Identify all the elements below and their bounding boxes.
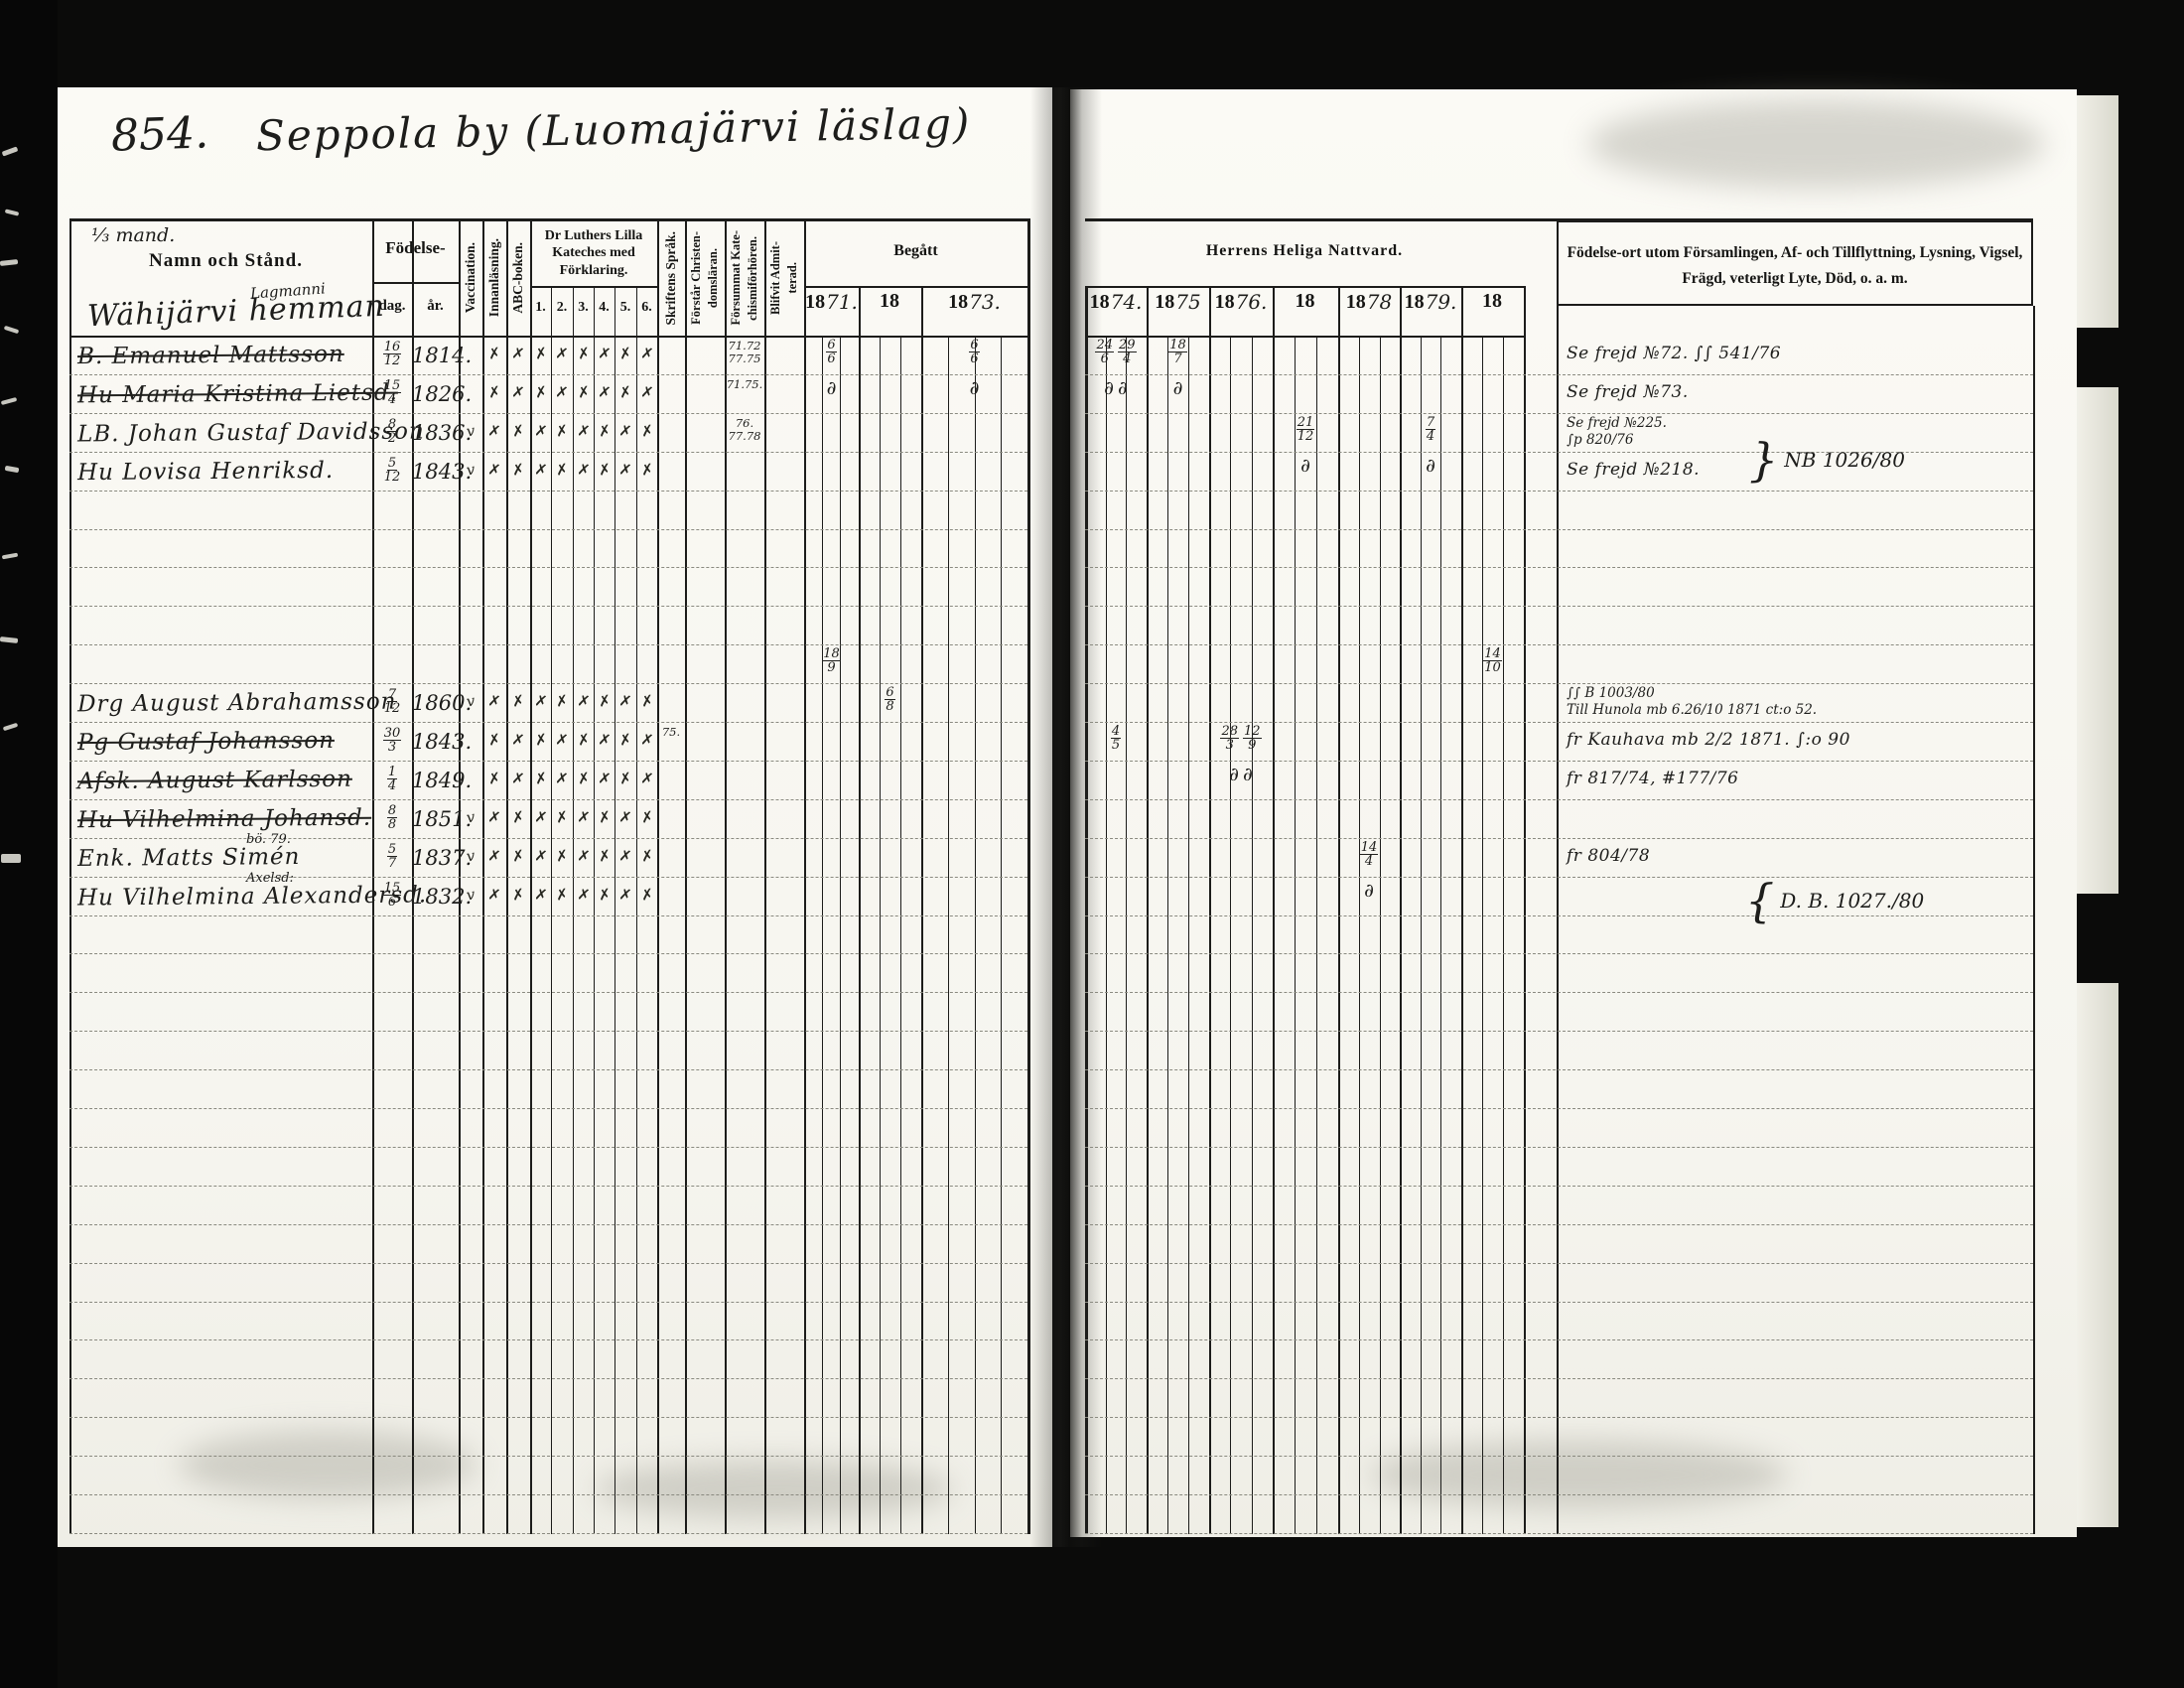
check-mark: ✗	[637, 884, 656, 904]
year-printed: 18	[1296, 290, 1315, 313]
check-mark: ✗	[485, 769, 504, 788]
check-mark: v	[462, 846, 480, 866]
column-header-birth: Födelse-	[372, 238, 459, 258]
grid-line	[636, 286, 637, 1534]
check-mark: ✗	[531, 460, 549, 480]
check-mark: ✗	[531, 382, 550, 402]
grid-line	[975, 336, 976, 1534]
birth-year: 1832.	[412, 885, 459, 909]
column-header-scripture-language: Skriftens Språk.	[657, 222, 685, 334]
row-rule	[1085, 1302, 2033, 1303]
grid-line	[1147, 286, 1149, 1534]
grid-line	[1338, 286, 1340, 1534]
grid-line	[1085, 286, 1524, 288]
row-rule	[69, 1108, 1027, 1109]
check-mark: ✗	[595, 421, 614, 441]
check-mark: ✗	[637, 460, 656, 480]
row-name: Hu Maria Kristina Lietsd.	[77, 379, 398, 408]
check-mark: ✗	[574, 730, 593, 750]
check-mark: ✗	[595, 884, 614, 904]
check-mark: ✗	[616, 846, 634, 866]
grid-line	[859, 286, 861, 1534]
communion-entry: 68	[861, 686, 920, 713]
check-mark: ✗	[531, 730, 550, 750]
grid-line	[614, 286, 615, 1534]
grid-line	[594, 286, 595, 1534]
grid-line	[372, 282, 459, 284]
check-mark: ✗	[485, 730, 504, 750]
row-rule	[69, 567, 1027, 568]
row-rule	[69, 491, 1027, 492]
birth-day: 156	[372, 882, 412, 909]
row-rule	[1085, 1417, 2033, 1418]
row-name: B. Emanuel Mattsson	[77, 342, 344, 369]
row-rule	[69, 1031, 1027, 1032]
column-header-remarks: Födelse-ort utom Församlingen, Af- och T…	[1557, 220, 2033, 306]
check-mark: ✗	[553, 421, 572, 441]
row-rule	[1085, 722, 2033, 723]
year-printed: 18	[1090, 291, 1110, 314]
braced-remark-note: {D. B. 1027./80	[1745, 874, 1924, 927]
check-mark: ✗	[637, 807, 656, 827]
grid-line	[1209, 286, 1211, 1534]
check-mark: ✗	[485, 691, 503, 711]
grid-line	[1524, 286, 1526, 1534]
column-header-year: år.	[412, 298, 459, 315]
row-rule	[69, 799, 1027, 800]
grid-line	[1167, 336, 1168, 1534]
check-mark: ✗	[574, 846, 592, 866]
row-rule	[1085, 1263, 2033, 1264]
row-rule	[69, 529, 1027, 530]
admitted-line1: Blifvit Admit-	[768, 241, 783, 315]
column-header-reading-label: Innanläsning.	[486, 238, 502, 317]
row-rule	[69, 452, 1027, 453]
row-rule	[1085, 606, 2033, 607]
row-rule	[1085, 1494, 2033, 1495]
year-header-18-blank2: 18	[1273, 290, 1338, 313]
communion-entry: 144	[1339, 841, 1399, 868]
birth-year: 1860.	[412, 691, 459, 715]
scan-smudge	[179, 1430, 477, 1499]
catechism-subcol-4: 4.	[594, 300, 614, 316]
row-name: Enk. Matts Simén	[77, 844, 301, 872]
year-printed: 18	[948, 291, 968, 314]
check-mark: ✗	[574, 382, 593, 402]
communion-entry: ∂	[1401, 455, 1460, 477]
row-name-note: Axelsd:	[246, 871, 294, 886]
check-mark: v	[462, 691, 480, 711]
check-mark: ✗	[616, 769, 635, 788]
row-rule	[1085, 491, 2033, 492]
row-rule	[1085, 992, 2033, 993]
column-header-reading: Innanläsning.	[482, 222, 506, 334]
birth-year: 1851.	[412, 807, 459, 831]
braced-remark-note: }NB 1026/80	[1749, 433, 1905, 487]
check-mark: ✗	[595, 460, 614, 480]
understands-doctrine-line1: Förstår Christen-	[689, 231, 704, 325]
year-printed: 18	[880, 290, 899, 313]
row-rule	[69, 644, 1027, 645]
check-mark: ✗	[485, 382, 504, 402]
check-mark: ✗	[509, 344, 527, 363]
remark-note: Se frejd №218.	[1567, 460, 1700, 480]
row-rule	[1085, 567, 2033, 568]
communion-entry: 187	[1149, 339, 1208, 365]
hemman-size-note: ⅓ mand.	[91, 224, 175, 246]
check-mark: v	[462, 884, 480, 904]
check-mark: v	[462, 421, 480, 441]
row-name: Hu Vilhelmina Johansd.	[77, 805, 371, 834]
row-rule	[1085, 644, 2033, 645]
check-mark: ✗	[553, 769, 571, 788]
birth-year: 1843.	[412, 460, 459, 484]
row-rule	[1085, 1147, 2033, 1148]
communion-entry: ∂∂	[1211, 764, 1271, 785]
row-rule	[1085, 1108, 2033, 1109]
row-rule	[1085, 838, 2033, 839]
communion-entry: 189	[802, 647, 862, 674]
row-rule	[1085, 1378, 2033, 1379]
check-mark: ✗	[595, 382, 613, 402]
check-mark: ✗	[595, 730, 613, 750]
year-handwritten: 79.	[1426, 290, 1457, 314]
birth-day: 512	[372, 457, 412, 484]
grid-line	[822, 336, 823, 1534]
check-mark: ✗	[616, 730, 635, 750]
row-rule	[69, 1378, 1027, 1379]
birth-day: 1612	[372, 341, 412, 367]
row-rule	[69, 838, 1027, 839]
row-name: Hu Lovisa Henriksd.	[77, 458, 334, 486]
check-mark: v	[462, 807, 480, 827]
grid-line	[1085, 218, 2033, 221]
check-mark: ✗	[485, 807, 503, 827]
row-rule	[1085, 799, 2033, 800]
check-mark: ✗	[637, 846, 656, 866]
row-rule	[69, 1533, 1027, 1534]
check-mark: ✗	[616, 807, 634, 827]
grid-line	[1027, 218, 1030, 1534]
check-mark: ✗	[553, 846, 572, 866]
check-mark: ✗	[509, 846, 528, 866]
column-header-vaccination: Vaccination.	[459, 222, 482, 334]
check-mark: ✗	[553, 344, 571, 363]
communion-entry: ∂	[945, 377, 1005, 399]
page-edge-gap	[2077, 328, 2118, 387]
scanned-ledger-page: 854. Seppola by (Luomajärvi läslag) ⅓ ma…	[0, 0, 2184, 1688]
row-rule	[69, 992, 1027, 993]
communion-entry: 66	[802, 339, 862, 365]
check-mark: ✗	[595, 807, 614, 827]
grid-line	[840, 336, 841, 1534]
check-mark: ✗	[509, 769, 527, 788]
remark-note: Se frejd №225.∫p 820/76	[1567, 415, 1667, 449]
column-header-vaccination-label: Vaccination.	[463, 242, 478, 313]
row-rule	[1085, 1533, 2033, 1534]
grid-line	[1273, 286, 1275, 1534]
birth-year: 1826.	[412, 382, 459, 406]
grid-line	[1380, 336, 1381, 1534]
row-rule	[69, 606, 1027, 607]
check-mark: ✗	[574, 807, 592, 827]
row-rule	[1085, 374, 2033, 375]
column-header-scripture-label: Skriftens Språk.	[663, 231, 679, 326]
row-rule	[69, 722, 1027, 723]
grid-line	[1295, 336, 1296, 1534]
column-header-abc-book: ABC-boken.	[506, 222, 530, 334]
check-mark: ✗	[531, 885, 549, 905]
remark-note: Se frejd №72. ∫∫ 541/76	[1567, 344, 1781, 363]
spine-mark	[1, 854, 21, 863]
birth-year: 1843.	[412, 730, 459, 754]
margin-note: 75.	[647, 726, 695, 739]
check-mark: ✗	[637, 769, 655, 788]
check-mark: ✗	[509, 884, 528, 904]
grid-line	[900, 336, 901, 1534]
book-spine	[0, 0, 58, 1688]
check-mark: ✗	[616, 344, 635, 363]
grid-line	[573, 286, 574, 1534]
communion-entry: 66	[945, 339, 1005, 365]
check-mark: ✗	[595, 769, 613, 788]
missed-examination-line1: Försummat Kate-	[729, 230, 744, 325]
year-printed: 18	[1346, 291, 1366, 314]
check-mark: ✗	[637, 382, 655, 402]
grid-line	[880, 336, 881, 1534]
check-mark: ✗	[485, 421, 503, 441]
grid-line	[1359, 336, 1360, 1534]
catechism-subcol-6: 6.	[636, 300, 657, 316]
year-header-1879: 18 79.	[1400, 290, 1461, 314]
check-mark: ✗	[616, 691, 634, 711]
grid-line	[1316, 336, 1317, 1534]
row-rule	[1085, 1069, 2033, 1070]
birth-day: 14	[372, 766, 412, 792]
row-rule	[69, 683, 1027, 684]
check-mark: ✗	[485, 344, 504, 363]
row-name: Pg Gustaf Johansson	[77, 728, 335, 756]
column-header-day: dag.	[372, 298, 412, 315]
grid-line	[69, 336, 1027, 338]
column-header-missed-examination: Försummat Kate- chismiförhören.	[725, 222, 764, 334]
check-mark: ✗	[637, 344, 655, 363]
remark-note: fr 804/78	[1567, 846, 1650, 866]
grid-line	[1001, 336, 1002, 1534]
page-edge-gap	[2077, 894, 2118, 983]
communion-entry: 74	[1401, 416, 1460, 443]
check-mark: ✗	[616, 421, 634, 441]
column-header-name: Namn och Stånd.	[94, 250, 357, 272]
birth-day: 88	[372, 804, 412, 831]
check-mark: ✗	[574, 691, 592, 711]
check-mark: ✗	[595, 691, 614, 711]
row-rule	[69, 1339, 1027, 1340]
grid-line	[551, 286, 552, 1534]
page-number: 854.	[110, 107, 209, 161]
row-rule	[69, 761, 1027, 762]
check-mark: ✗	[574, 460, 592, 480]
year-handwritten: 75	[1175, 290, 1200, 314]
page-edge-strip	[2077, 95, 2118, 1527]
grid-line	[1230, 336, 1231, 1534]
check-mark: ✗	[574, 769, 593, 788]
row-rule	[69, 1456, 1027, 1457]
communion-entry: ∂∂	[1086, 377, 1146, 399]
check-mark: ✗	[574, 421, 592, 441]
birth-day: 154	[372, 379, 412, 406]
row-rule	[69, 1186, 1027, 1187]
column-header-holy-communion: Herrens Heliga Nattvard.	[1085, 242, 1524, 260]
row-name: Afsk. August Karlsson	[77, 767, 352, 794]
check-mark: ✗	[637, 691, 656, 711]
column-header-admitted: Blifvit Admit- terad.	[764, 222, 804, 334]
grid-line	[2033, 306, 2035, 1534]
column-header-communion-taken: Begått	[804, 242, 1027, 260]
remark-note: fr 817/74, #177/76	[1567, 769, 1739, 788]
check-mark: ✗	[616, 382, 635, 402]
year-handwritten: 73.	[969, 290, 1001, 314]
grid-line	[1106, 336, 1107, 1534]
catechism-subcol-2: 2.	[551, 300, 573, 316]
catechism-subcol-5: 5.	[614, 300, 636, 316]
check-mark: ✗	[531, 769, 550, 788]
remarks-header-line2: Frägd, veterligt Lyte, Död, o. a. m.	[1565, 270, 2025, 288]
row-rule	[1085, 683, 2033, 684]
grid-line	[1085, 286, 1088, 1534]
row-rule	[69, 1069, 1027, 1070]
year-handwritten: 74.	[1111, 290, 1143, 314]
row-rule	[1085, 413, 2033, 414]
grid-line	[948, 336, 949, 1534]
check-mark: ✗	[553, 382, 571, 402]
check-mark: ✗	[485, 460, 503, 480]
grid-line	[804, 286, 1027, 288]
year-header-1871: 18 71.	[804, 290, 859, 314]
birth-day: 82	[372, 418, 412, 445]
row-rule	[1085, 529, 2033, 530]
check-mark: ✗	[509, 382, 527, 402]
check-mark: ✗	[616, 885, 634, 905]
check-mark: ✗	[574, 885, 592, 905]
year-printed: 18	[1482, 290, 1502, 313]
check-mark: ✗	[574, 344, 593, 363]
grid-line	[1482, 336, 1483, 1534]
column-header-understands-doctrine: Förstår Christen- domsläran.	[685, 222, 725, 334]
row-rule	[69, 877, 1027, 878]
check-mark: ✗	[509, 691, 528, 711]
check-mark: ✗	[509, 421, 528, 441]
check-mark: v	[462, 460, 480, 480]
birth-year: 1849.	[412, 769, 459, 792]
grid-line	[1188, 336, 1189, 1534]
check-mark: ✗	[616, 460, 634, 480]
year-handwritten: 71.	[826, 290, 858, 314]
check-mark: ✗	[637, 421, 656, 441]
year-printed: 18	[1405, 291, 1425, 314]
grid-line	[69, 218, 1027, 221]
birth-day: 57	[372, 843, 412, 870]
remark-note: Se frejd №73.	[1567, 382, 1689, 402]
check-mark: ✗	[531, 421, 549, 441]
year-header-1875: 18 75	[1147, 290, 1209, 314]
grid-line	[1421, 336, 1422, 1534]
year-handwritten: 78	[1367, 290, 1392, 314]
check-mark: ✗	[595, 846, 614, 866]
grid-line	[1461, 286, 1463, 1534]
birth-day: 712	[372, 688, 412, 715]
year-printed: 18	[805, 291, 825, 314]
margin-note: 71.7277.75	[721, 340, 768, 365]
remark-note: fr Kauhava mb 2/2 1871. ∫:o 90	[1567, 730, 1850, 750]
row-rule	[69, 413, 1027, 414]
grid-line	[1440, 336, 1441, 1534]
check-mark: ✗	[553, 691, 572, 711]
year-header-1873: 18 73.	[921, 290, 1027, 314]
margin-note: 76.77.78	[721, 417, 768, 443]
check-mark: ✗	[553, 884, 572, 904]
check-mark: ✗	[509, 460, 528, 480]
row-rule	[69, 1417, 1027, 1418]
check-mark: ✗	[485, 885, 503, 905]
scan-smudge	[596, 1460, 953, 1519]
communion-entry: 45	[1086, 725, 1146, 752]
row-rule	[69, 1147, 1027, 1148]
year-header-18-blank1: 18	[859, 290, 921, 313]
admitted-line2: terad.	[785, 262, 800, 294]
check-mark: ✗	[553, 807, 572, 827]
communion-entry: ∂	[1276, 455, 1335, 477]
remark-note: ∫∫ B 1003/80Till Hunola mb 6.26/10 1871 …	[1567, 685, 1817, 719]
scan-smudge	[1588, 99, 2045, 189]
grid-line	[530, 286, 657, 288]
year-header-18-blank3: 18	[1461, 290, 1524, 313]
row-rule	[69, 1224, 1027, 1225]
check-mark: ✗	[531, 344, 550, 363]
grid-line	[1126, 336, 1127, 1534]
check-mark: ✗	[485, 846, 503, 866]
year-header-1876: 18 76.	[1209, 290, 1273, 314]
check-mark: ✗	[531, 846, 549, 866]
column-header-catechism: Dr Luthers Lilla Kateches med Förklaring…	[534, 224, 653, 282]
row-rule	[69, 374, 1027, 375]
birth-year: 1837.	[412, 846, 459, 870]
communion-entry: 246294	[1086, 339, 1146, 365]
birth-year: 1836.	[412, 421, 459, 445]
year-printed: 18	[1155, 291, 1174, 314]
communion-entry: 283129	[1211, 725, 1271, 752]
row-rule	[69, 1263, 1027, 1264]
remarks-header-line1: Födelse-ort utom Församlingen, Af- och T…	[1565, 244, 2025, 262]
row-rule	[1085, 953, 2033, 954]
understands-doctrine-line2: domsläran.	[706, 248, 721, 308]
row-rule	[1085, 1186, 2033, 1187]
missed-examination-line2: chismiförhören.	[746, 236, 760, 321]
communion-entry: ∂	[1149, 377, 1208, 399]
grid-line	[1503, 336, 1504, 1534]
birth-day: 303	[372, 727, 412, 754]
check-mark: ✗	[595, 344, 613, 363]
year-header-1874: 18 74.	[1085, 290, 1147, 314]
row-rule	[69, 1302, 1027, 1303]
catechism-subcol-1: 1.	[530, 300, 551, 316]
check-mark: ✗	[509, 807, 528, 827]
grid-line	[921, 286, 923, 1534]
row-rule	[1085, 1031, 2033, 1032]
grid-line	[1252, 336, 1253, 1534]
margin-note: 71.75.	[721, 378, 768, 391]
catechism-subcol-3: 3.	[573, 300, 594, 316]
